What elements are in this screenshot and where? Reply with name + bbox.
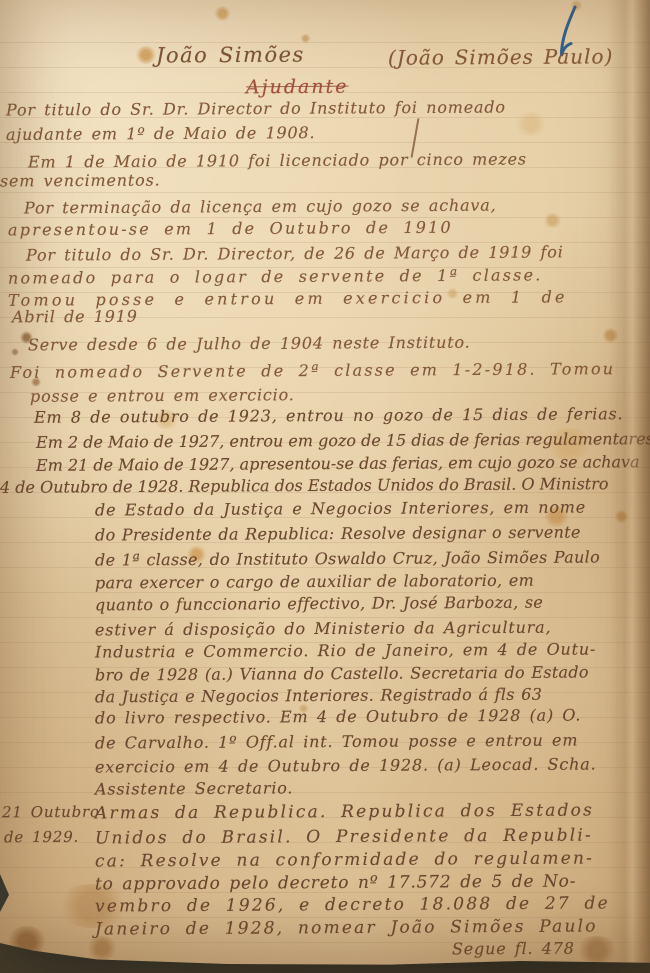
person-alt-name: (João Simões Paulo): [388, 45, 613, 68]
margin-date-note: de 1929.: [4, 826, 79, 848]
person-role: Ajudante: [246, 76, 349, 99]
manuscript-line: Serve desde 6 de Julho de 1904 neste Ins…: [28, 332, 471, 357]
stain: [135, 46, 157, 64]
manuscript-line: posse e entrou em exercicio.: [30, 384, 295, 408]
manuscript-line: Por titulo do Sr. Dr. Director do Instit…: [6, 96, 506, 121]
manuscript-line: vembro de 1926, e decreto 18.088 de 27 d…: [95, 892, 610, 917]
manuscript-line: apresentou-se em 1 de Outubro de 1910: [8, 217, 453, 242]
person-name: João Simões: [156, 44, 305, 67]
manuscript-line: nomeado para o logar de servente de 1ª c…: [8, 264, 543, 289]
manuscript-line: exercicio em 4 de Outubro de 1928. (a) L…: [95, 753, 597, 778]
manuscript-line: ca: Resolve na conformidade do regulamen…: [95, 847, 594, 872]
manuscript-line: estiver á disposição do Ministerio da Ag…: [95, 617, 552, 642]
stain: [543, 213, 562, 228]
manuscript-line: Unidos do Brasil. O Presidente da Republ…: [95, 824, 593, 849]
manuscript-line: Abril de 1919: [12, 306, 138, 329]
manuscript-line: quanto o funccionario effectivo, Dr. Jos…: [95, 592, 543, 617]
manuscript-line: 4 de Outubro de 1928. Republica dos Esta…: [0, 473, 609, 499]
stain: [614, 510, 629, 523]
manuscript-line: Foi nomeado Servente de 2ª classe em 1-2…: [10, 358, 615, 384]
manuscript-page: João Simões (João Simões Paulo) Ajudante…: [0, 0, 650, 973]
margin-date-note: 21 Outubro: [2, 801, 100, 824]
manuscript-line: Por terminação da licença em cujo gozo s…: [24, 195, 497, 220]
manuscript-line: sem vencimentos.: [0, 170, 161, 193]
manuscript-line: de Estado da Justiça e Negocios Interior…: [95, 497, 586, 522]
manuscript-line: Janeiro de 1928, nomear João Simões Paul…: [95, 915, 598, 940]
stain: [11, 348, 19, 356]
manuscript-line: Industria e Commercio. Rio de Janeiro, e…: [95, 638, 596, 663]
manuscript-line: Assistente Secretario.: [95, 777, 293, 800]
manuscript-line: Armas da Republica. Republica dos Estado…: [95, 799, 594, 824]
stain: [514, 112, 548, 136]
manuscript-line: to approvado pelo decreto nº 17.572 de 5…: [95, 871, 576, 896]
page-edge-shadow: [608, 0, 650, 973]
manuscript-line: do Presidente da Republica: Resolve desi…: [95, 522, 581, 547]
manuscript-line: bro de 1928 (a.) Vianna do Castello. Sec…: [95, 661, 589, 686]
stain: [575, 936, 619, 964]
stain: [602, 328, 619, 343]
manuscript-line: ajudante em 1º de Maio de 1908.: [6, 122, 315, 146]
manuscript-line: de Carvalho. 1º Off.al int. Tomou posse …: [95, 730, 578, 755]
page-edge-shadow: [0, 874, 9, 912]
stain: [214, 6, 231, 21]
manuscript-line: de 1ª classe, do Instituto Oswaldo Cruz,…: [95, 546, 600, 571]
manuscript-line: Em 2 de Maio de 1927, entrou em gozo de …: [36, 428, 650, 454]
manuscript-line: Por titulo do Sr. Dr. Director, de 26 de…: [26, 241, 564, 266]
manuscript-line: Em 8 de outubro de 1923, entrou no gozo …: [34, 403, 624, 429]
manuscript-line: do livro respectivo. Em 4 de Outubro de …: [95, 705, 581, 730]
continuation-note: Segue fl. 478: [452, 938, 575, 961]
manuscript-line: para exercer o cargo de auxiliar de labo…: [95, 570, 534, 595]
